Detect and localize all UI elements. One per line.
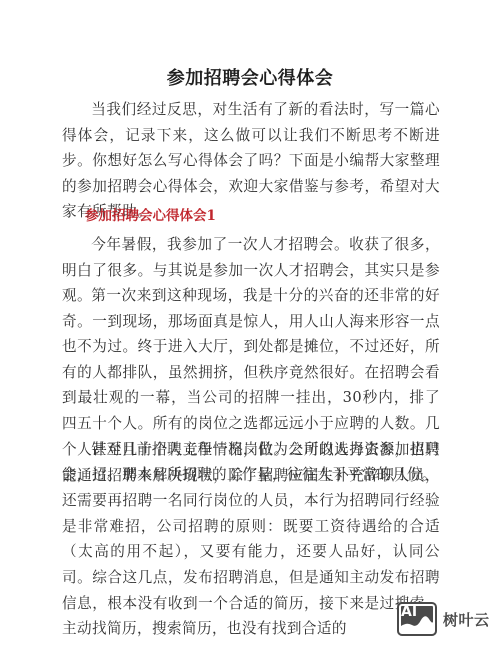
watermark-logo: AI 树叶云 <box>397 600 490 638</box>
logo-brand-name: 树叶云 <box>443 609 490 630</box>
section-paragraph-3: 针对目前招聘工程情况，做为公司的人力资源，也只能通过招聘来解决现状，除了招聘应届… <box>62 437 440 642</box>
image-landscape-icon: AI <box>397 602 437 636</box>
document-page: 参加招聘会心得体会 当我们经过反思，对生活有了新的看法时，写一篇心得体会，记录下… <box>0 0 500 647</box>
logo-ai-text: AI <box>401 604 417 620</box>
document-title: 参加招聘会心得体会 <box>0 64 500 90</box>
section-heading: 参加招聘会心得体会1 <box>85 204 216 224</box>
